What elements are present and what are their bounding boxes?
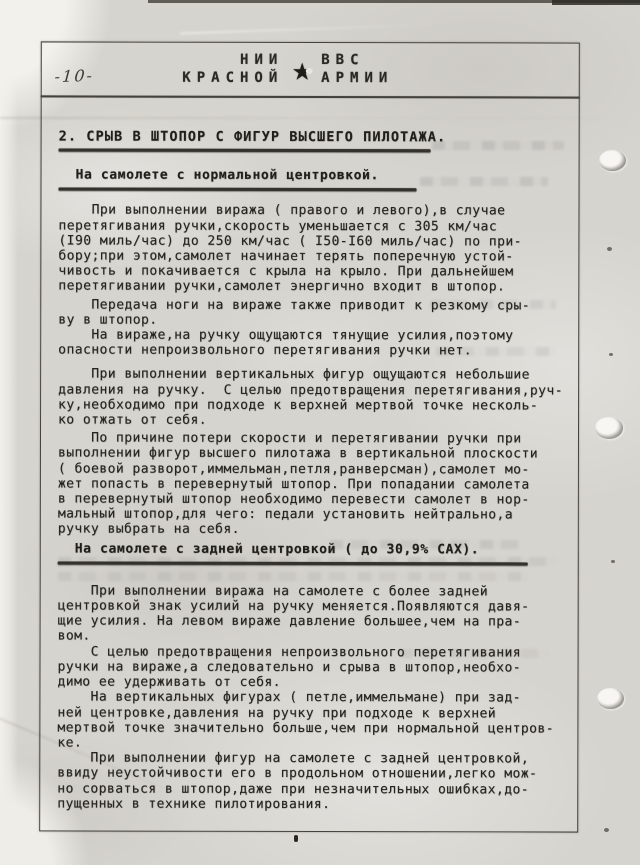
document-body: 2. СРЫВ В ШТОПОР С ФИГУР ВЫСШЕГО ПИЛОТАЖ… bbox=[40, 95, 579, 831]
binding-hole bbox=[595, 417, 623, 439]
paragraph: При выполнении вертикальных фигур ощущаю… bbox=[58, 367, 570, 429]
paragraph: На вертикальных фигурах ( петле,иммельма… bbox=[57, 690, 569, 752]
paper-crease bbox=[180, 23, 440, 34]
binding-hole bbox=[597, 688, 624, 709]
paper-speck bbox=[607, 247, 612, 251]
paper-speck bbox=[611, 560, 615, 563]
section-title: 2. СРЫВ В ШТОПОР С ФИГУР ВЫСШЕГО ПИЛОТАЖ… bbox=[59, 129, 571, 145]
paragraph: По причине потери скорости и перетягиван… bbox=[58, 431, 570, 538]
org-line-armii: АРМИИ bbox=[321, 70, 477, 86]
paragraph: С целью предотвращения непроизвольного п… bbox=[57, 644, 569, 691]
paragraph: При выполнении фигур на самолете с задне… bbox=[57, 751, 569, 813]
org-name-right-column: ВВС АРМИИ bbox=[321, 52, 477, 86]
subsection-underline bbox=[59, 188, 417, 192]
paper-speck bbox=[604, 828, 609, 832]
page-number: -10- bbox=[54, 66, 95, 86]
scan-top-edge-corner bbox=[552, 0, 640, 5]
organization-header: НИИ КРАСНОЙ ★ ВВС АРМИИ bbox=[127, 52, 477, 87]
scanned-document-page: -10- НИИ КРАСНОЙ ★ ВВС АРМИИ 2. СРЫВ В Ш… bbox=[0, 0, 640, 865]
paper-speck bbox=[609, 353, 613, 356]
subsection-underline bbox=[58, 561, 528, 565]
binding-hole bbox=[599, 150, 626, 171]
paragraph: При выполнении виража на самолете с боле… bbox=[58, 583, 570, 645]
subsection-heading-normal-cg: На самолете с нормальной центровкой. bbox=[59, 168, 571, 184]
org-line-vvs: ВВС bbox=[321, 52, 477, 68]
subsection-heading-aft-cg: На самолете с задней центровкой ( до 30,… bbox=[58, 541, 570, 557]
org-line-krasnoy: КРАСНОЙ bbox=[127, 70, 283, 86]
org-name-left-column: НИИ КРАСНОЙ bbox=[127, 52, 283, 86]
ink-dot bbox=[294, 835, 298, 842]
red-army-star-icon: ★ bbox=[292, 54, 312, 84]
paragraph: Передача ноги на вираже также приводит к… bbox=[58, 297, 570, 359]
page-frame: -10- НИИ КРАСНОЙ ★ ВВС АРМИИ 2. СРЫВ В Ш… bbox=[39, 41, 580, 832]
org-line-nii: НИИ bbox=[127, 52, 283, 68]
paragraph: При выполнении виража ( правого и левого… bbox=[58, 203, 570, 295]
title-underline bbox=[59, 149, 431, 153]
star-emblem-mark bbox=[305, 68, 312, 74]
